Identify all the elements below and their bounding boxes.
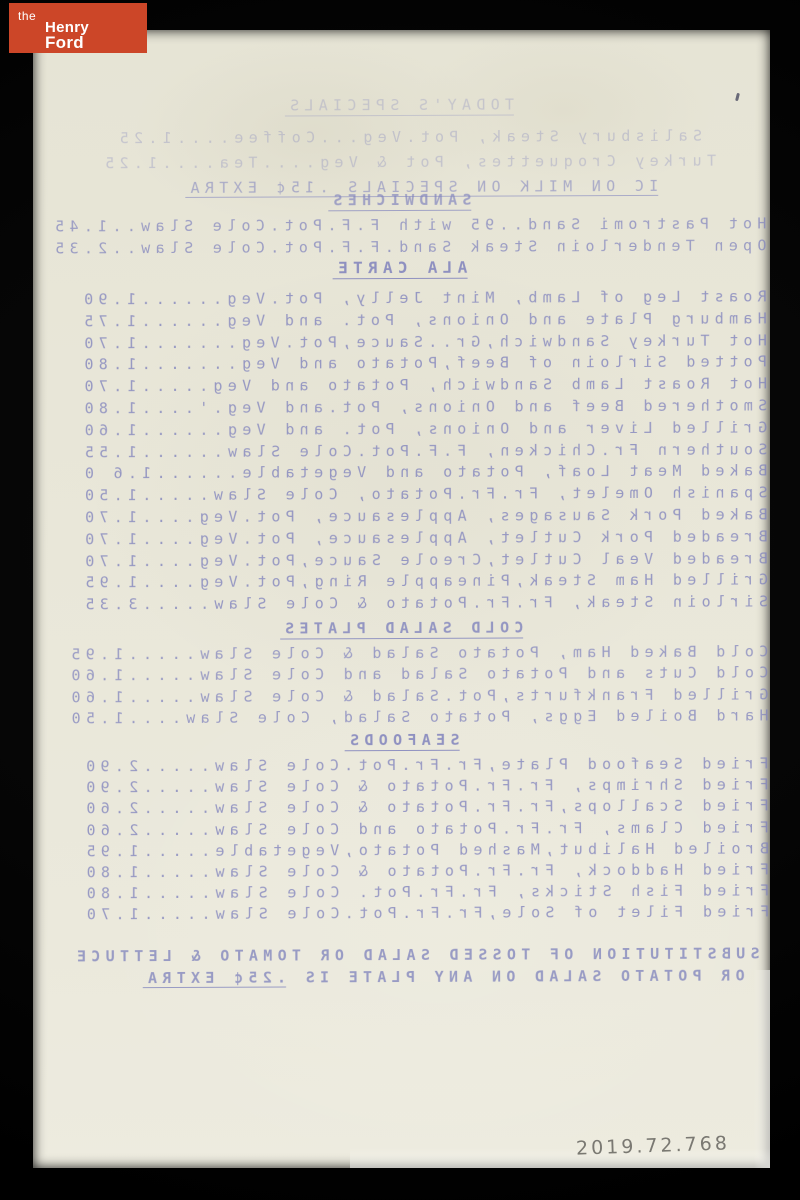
menu-line: Baked Meat Loaf, Potato and Vegetable...… <box>34 461 767 486</box>
menu-line: Potted Sirloin of Beef,Potato and Veg...… <box>34 352 767 377</box>
menu-line: Hot Roast Lamb Sandwich, Potato and Veg.… <box>34 374 767 399</box>
menu-line: Grilled Liver and Onions, Pot. and Veg..… <box>34 417 767 442</box>
substitution-line-1: SUBSTITUTION OF TOSSED SALAD OR TOMATO &… <box>37 942 770 967</box>
paper-edge-highlight-right <box>754 970 770 1168</box>
section-header-ala_carte: ALA CARTE <box>34 256 767 289</box>
menu-line: Hamburg Plate and Onions, Pot. and Veg..… <box>34 308 767 333</box>
show-through-text-layer: TODAY'S SPECIALSSalisbury Steak, Pot.Veg… <box>31 28 773 1169</box>
menu-line: Spanish Omelet, Fr.Fr.Potato, Cole Slaw.… <box>35 483 768 508</box>
menu-line: Hard Boiled Eggs, Potato Salad, Cole Sla… <box>35 705 768 729</box>
section-header-seafoods: SEAFOODS <box>36 729 769 756</box>
menu-section-sandwiches: SANDWICHESHot Pastromi Sand..95 with F.F… <box>33 189 766 259</box>
substitution-line-2-text: OR POTATO SALAD ON ANY PLATE IS <box>286 967 745 987</box>
henry-ford-logo: the Henry Ford <box>9 3 147 53</box>
menu-line: Salisbury Steak, Pot.Veg...Coffee....1.2… <box>33 123 766 151</box>
logo-word-ford: Ford <box>45 34 84 51</box>
menu-section-seafoods: SEAFOODSFried Seafood Plate,Fr.Fr.Pot.Co… <box>36 729 770 926</box>
scan-background: { "branding": { "logo": { "the": "the", … <box>0 0 800 1200</box>
substitution-note: SUBSTITUTION OF TOSSED SALAD OR TOMATO &… <box>37 942 770 989</box>
section-header-specials: TODAY'S SPECIALS <box>33 94 766 126</box>
menu-section-specials: TODAY'S SPECIALSSalisbury Steak, Pot.Veg… <box>33 94 766 201</box>
menu-line: Hot Turkey Sandwich,Gr..Sauce,Pot.Veg...… <box>34 330 767 355</box>
substitution-line-2-underlined: .25¢ EXTRA <box>143 969 286 988</box>
logo-word-the: the <box>18 10 36 22</box>
menu-section-ala_carte: ALA CARTERoast Leg of Lamb, Mint Jelly, … <box>34 256 769 616</box>
section-header-sandwiches: SANDWICHES <box>33 189 766 216</box>
menu-line: Grilled Ham Steak,Pineapple Ring,Pot.Veg… <box>35 570 768 595</box>
menu-line: Smothered Beef and Onions, Pot.and Veg.'… <box>34 395 767 420</box>
menu-paper-verso: TODAY'S SPECIALSSalisbury Steak, Pot.Veg… <box>33 30 770 1168</box>
menu-line: Breaded Pork Cutlet, Applesauce, Pot.Veg… <box>35 526 768 551</box>
menu-line: Roast Leg of Lamb, Mint Jelly, Pot.Veg..… <box>34 286 767 311</box>
section-header-cold_salad_plates: COLD SALAD PLATES <box>35 617 768 644</box>
menu-line: Sirloin Steak, Fr.Fr.Potato & Cole Slaw.… <box>35 592 768 617</box>
menu-line: Southern Fr.Chicken, F.F.Pot.Cole Slaw..… <box>34 439 767 464</box>
menu-line: Fried Filet of Sole,Fr.Fr.Pot.Cole Slaw.… <box>36 902 769 926</box>
menu-section-cold_salad_plates: COLD SALAD PLATESCold Baked Ham, Potato … <box>35 617 768 729</box>
menu-line: Baked Pork Sausages, Applesauce, Pot.Veg… <box>35 504 768 529</box>
substitution-line-2: OR POTATO SALAD ON ANY PLATE IS .25¢ EXT… <box>37 964 770 989</box>
menu-line: Breaded Veal Cutlet,Creole Sauce,Pot.Veg… <box>35 548 768 573</box>
menu-line: Turkey Croquettes, Pot & Veg....Tea....1… <box>33 148 766 176</box>
